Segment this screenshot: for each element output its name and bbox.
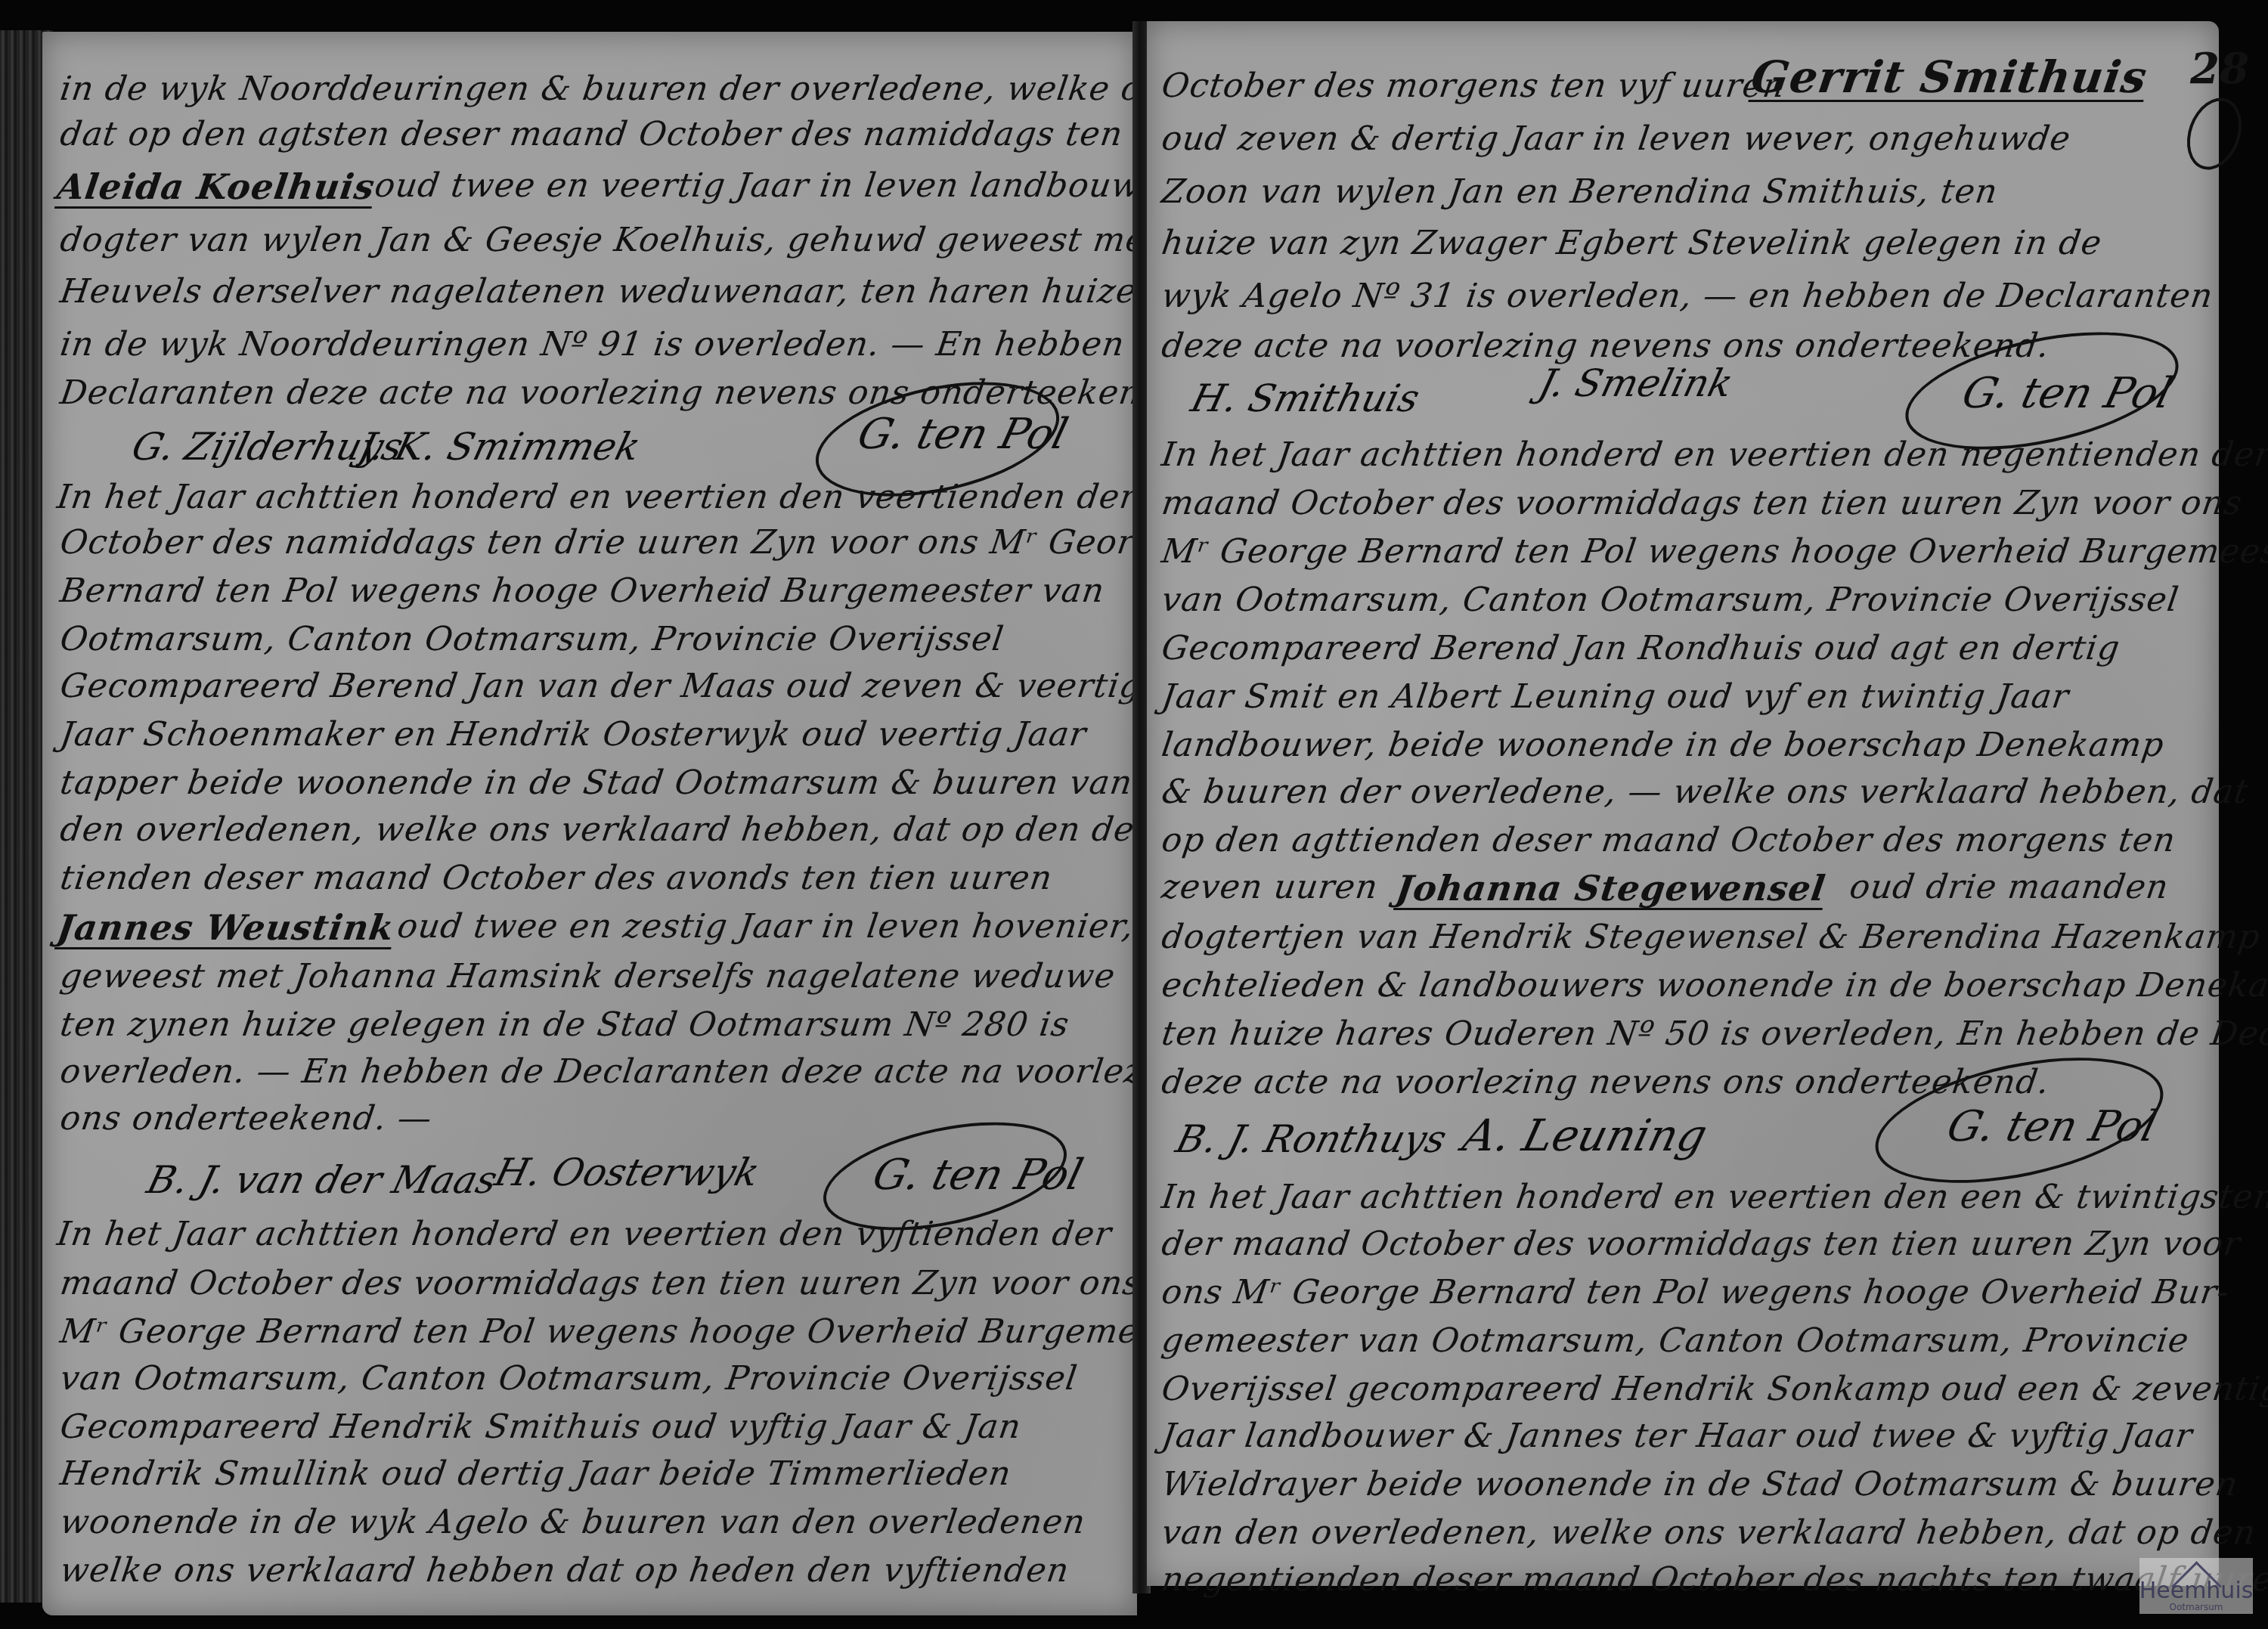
register-line: In het Jaar achttien honderd en veertien…	[54, 1215, 1114, 1253]
signature: J. Smelink	[1535, 361, 1737, 405]
register-line: geweest met Johanna Hamsink derselfs nag…	[57, 957, 1117, 996]
register-line: October des morgens ten vyf uuren	[1159, 67, 1788, 105]
signature: H. Oosterwyk	[491, 1151, 764, 1194]
register-line: van Ootmarsum, Canton Ootmarsum, Provinc…	[57, 1359, 1080, 1398]
register-line: maand October des voormiddags ten tien u…	[1159, 484, 2245, 522]
heemhuis-watermark: Heemhuis Ootmarsum	[2139, 1558, 2253, 1614]
register-line: negentienden deser maand October des nac…	[1159, 1560, 2268, 1599]
register-line: tapper beide woonende in de Stad Ootmars…	[57, 763, 1135, 802]
watermark-title: Heemhuis	[2139, 1581, 2254, 1602]
deceased-name: Jannes Weustink	[54, 907, 397, 948]
register-line: der maand October des voormiddags ten ti…	[1159, 1225, 2243, 1263]
register-line: Mʳ George Bernard ten Pol wegens hooge O…	[1159, 532, 2268, 571]
register-line: Bernard ten Pol wegens hooge Overheid Bu…	[57, 571, 1107, 610]
register-line: wyk Agelo Nº 31 is overleden, — en hebbe…	[1159, 277, 2215, 315]
register-line: ons onderteekend. —	[57, 1099, 435, 1138]
register-line: Ootmarsum, Canton Ootmarsum, Provincie O…	[57, 620, 1006, 658]
register-line: Jaar Smit en Albert Leuning oud vyf en t…	[1159, 677, 2071, 716]
register-line: welke ons verklaard hebben dat op heden …	[57, 1551, 1071, 1590]
right-page: October des morgens ten vyf uurenGerrit …	[1147, 21, 2219, 1586]
register-line: landbouwer, beide woonende in de boersch…	[1159, 726, 2167, 764]
register-line: Jaar Schoenmaker en Hendrik Oosterwyk ou…	[57, 715, 1089, 754]
deceased-name: Gerrit Smithuis	[1748, 51, 2150, 103]
deceased-name: Aleida Koelhuis	[54, 166, 377, 207]
register-line: Hendrik Smullink oud dertig Jaar beide T…	[57, 1454, 1014, 1493]
register-line: deze acte na voorlezing nevens ons onder…	[1159, 1063, 2052, 1101]
register-line: in de wyk Noorddeuringen Nº 91 is overle…	[57, 325, 1181, 364]
signature: B. J. Ronthuys	[1172, 1117, 1451, 1161]
register-line: In het Jaar achttien honderd en veertien…	[1159, 1178, 2268, 1216]
register-line: Jaar landbouwer & Jannes ter Haar oud tw…	[1159, 1417, 2195, 1455]
register-line: ons Mʳ George Bernard ten Pol wegens hoo…	[1159, 1273, 2232, 1312]
register-line: dogter van wylen Jan & Geesje Koelhuis, …	[57, 221, 1318, 259]
register-line: Gecompareerd Berend Jan van der Maas oud…	[57, 667, 1144, 705]
register-line: echtelieden & landbouwers woonende in de…	[1159, 966, 2268, 1005]
register-line: tienden deser maand October des avonds t…	[57, 859, 1055, 897]
signature: A. Leuning	[1458, 1110, 1712, 1161]
register-line: maand October des voormiddags ten tien u…	[57, 1264, 1143, 1302]
page-number: 28	[2190, 44, 2249, 94]
register-line: dogtertjen van Hendrik Stegewensel & Ber…	[1159, 918, 2263, 956]
register-line: Gecompareerd Berend Jan Rondhuis oud agt…	[1159, 629, 2122, 667]
register-line: den overledenen, welke ons verklaard heb…	[57, 810, 1166, 849]
register-line: oud zeven & dertig Jaar in leven wever, …	[1159, 119, 2073, 158]
register-line: deze acte na voorlezing nevens ons onder…	[1159, 327, 2052, 365]
register-line: In het Jaar achttien honderd en veertien…	[54, 478, 1268, 516]
register-line: & buuren der overledene, — welke ons ver…	[1159, 773, 2251, 811]
signature: B. J. van der Maas	[143, 1158, 502, 1202]
left-page: in de wyk Noorddeuringen & buuren der ov…	[42, 32, 1137, 1615]
register-line: dat op den agtsten deser maand October d…	[57, 115, 1303, 153]
register-line: Heuvels derselver nagelatenen weduwenaar…	[57, 272, 1290, 311]
register-line: Gecompareerd Hendrik Smithuis oud vyftig…	[57, 1408, 1024, 1446]
register-line: van Ootmarsum, Canton Ootmarsum, Provinc…	[1159, 581, 2181, 619]
register-line: oud drie maanden	[1847, 868, 2171, 906]
register-line: Zoon van wylen Jan en Berendina Smithuis…	[1159, 172, 2000, 211]
register-line: woonende in de wyk Agelo & buuren van de…	[57, 1503, 1088, 1541]
register-line: zeven uuren	[1159, 868, 1380, 906]
register-line: Mʳ George Bernard ten Pol wegens hooge O…	[57, 1312, 1231, 1351]
deceased-name: Johanna Stegewensel	[1393, 868, 1828, 909]
register-line: op den agttienden deser maand October de…	[1159, 821, 2178, 859]
register-line: ten zynen huize gelegen in de Stad Ootma…	[57, 1005, 1071, 1044]
register-line: ten huize hares Ouderen Nº 50 is overled…	[1159, 1014, 2268, 1053]
register-line: gemeester van Ootmarsum, Canton Ootmarsu…	[1159, 1321, 2191, 1360]
register-line: huize van zyn Zwager Egbert Stevelink ge…	[1159, 224, 2104, 262]
register-line: oud twee en veertig Jaar in leven landbo…	[372, 166, 1260, 205]
left-page-text: in de wyk Noorddeuringen & buuren der ov…	[42, 32, 1137, 1615]
signature: J. K. Smimmek	[355, 425, 645, 469]
register-line: October des namiddags ten drie uuren Zyn…	[57, 523, 1179, 562]
register-line: Overijssel gecompareerd Hendrik Sonkamp …	[1159, 1370, 2268, 1408]
register-line: Wieldrayer beide woonende in de Stad Oot…	[1159, 1465, 2240, 1504]
right-page-text: October des morgens ten vyf uurenGerrit …	[1147, 21, 2219, 1586]
register-line: van den overledenen, welke ons verklaard…	[1159, 1513, 2258, 1552]
register-line: In het Jaar achttien honderd en veertien…	[1159, 435, 2268, 474]
signature: H. Smithuis	[1187, 376, 1424, 420]
